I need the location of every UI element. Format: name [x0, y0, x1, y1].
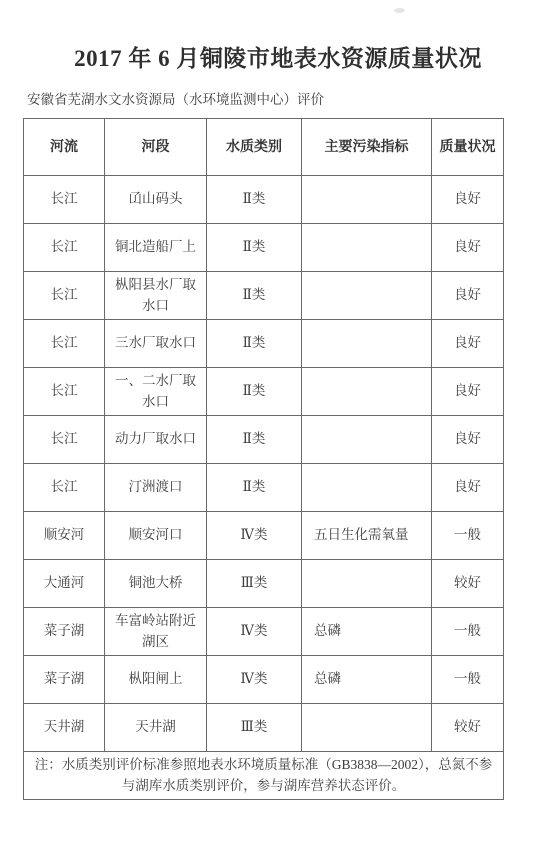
- cell-pollutant: 总磷: [302, 608, 432, 656]
- table-note-row: 注：水质类别评价标准参照地表水环境质量标准（GB3838—2002），总氮不参与…: [24, 752, 504, 800]
- table-row: 长江 铜北造船厂上 Ⅱ类 良好: [24, 224, 504, 272]
- cell-category: Ⅳ类: [207, 656, 302, 704]
- cell-pollutant: [302, 704, 432, 752]
- cell-section: 一、二水厂取水口: [105, 368, 207, 416]
- cell-category: Ⅱ类: [207, 320, 302, 368]
- cell-status: 较好: [432, 560, 504, 608]
- cell-category: Ⅱ类: [207, 464, 302, 512]
- cell-category: Ⅲ类: [207, 560, 302, 608]
- cell-category: Ⅲ类: [207, 704, 302, 752]
- table-row: 长江 三水厂取水口 Ⅱ类 良好: [24, 320, 504, 368]
- cell-section: 枞阳县水厂取水口: [105, 272, 207, 320]
- cell-status: 良好: [432, 176, 504, 224]
- cell-status: 良好: [432, 224, 504, 272]
- header-category: 水质类别: [207, 119, 302, 176]
- cell-status: 一般: [432, 512, 504, 560]
- cell-pollutant: [302, 320, 432, 368]
- table-row: 长江 𠙶山码头 Ⅱ类 良好: [24, 176, 504, 224]
- cell-river: 长江: [24, 320, 105, 368]
- cell-river: 菜子湖: [24, 608, 105, 656]
- cell-category: Ⅱ类: [207, 176, 302, 224]
- header-section: 河段: [105, 119, 207, 176]
- cell-status: 一般: [432, 608, 504, 656]
- scan-smudge: [394, 8, 405, 13]
- cell-section: 铜北造船厂上: [105, 224, 207, 272]
- cell-category: Ⅱ类: [207, 224, 302, 272]
- table-row: 菜子湖 枞阳闸上 Ⅳ类 总磷 一般: [24, 656, 504, 704]
- cell-pollutant: 总磷: [302, 656, 432, 704]
- cell-status: 良好: [432, 464, 504, 512]
- table-header-row: 河流 河段 水质类别 主要污染指标 质量状况: [24, 119, 504, 176]
- cell-category: Ⅳ类: [207, 512, 302, 560]
- cell-river: 天井湖: [24, 704, 105, 752]
- cell-category: Ⅱ类: [207, 272, 302, 320]
- cell-river: 长江: [24, 224, 105, 272]
- cell-status: 较好: [432, 704, 504, 752]
- cell-section: 枞阳闸上: [105, 656, 207, 704]
- header-river: 河流: [24, 119, 105, 176]
- cell-river: 长江: [24, 368, 105, 416]
- cell-section: 天井湖: [105, 704, 207, 752]
- cell-pollutant: [302, 416, 432, 464]
- cell-pollutant: [302, 464, 432, 512]
- table-row: 顺安河 顺安河口 Ⅳ类 五日生化需氧量 一般: [24, 512, 504, 560]
- cell-section: 𠙶山码头: [105, 176, 207, 224]
- cell-section: 汀洲渡口: [105, 464, 207, 512]
- cell-river: 菜子湖: [24, 656, 105, 704]
- cell-status: 良好: [432, 368, 504, 416]
- cell-river: 长江: [24, 464, 105, 512]
- cell-category: Ⅳ类: [207, 608, 302, 656]
- cell-status: 良好: [432, 272, 504, 320]
- table-row: 长江 枞阳县水厂取水口 Ⅱ类 良好: [24, 272, 504, 320]
- cell-river: 大通河: [24, 560, 105, 608]
- cell-river: 长江: [24, 272, 105, 320]
- cell-river: 顺安河: [24, 512, 105, 560]
- table-row: 菜子湖 车富岭站附近湖区 Ⅳ类 总磷 一般: [24, 608, 504, 656]
- table-row: 长江 动力厂取水口 Ⅱ类 良好: [24, 416, 504, 464]
- table-row: 长江 一、二水厂取水口 Ⅱ类 良好: [24, 368, 504, 416]
- cell-category: Ⅱ类: [207, 416, 302, 464]
- cell-pollutant: 五日生化需氧量: [302, 512, 432, 560]
- cell-section: 三水厂取水口: [105, 320, 207, 368]
- table-note: 注：水质类别评价标准参照地表水环境质量标准（GB3838—2002），总氮不参与…: [24, 752, 504, 800]
- table-row: 大通河 铜池大桥 Ⅲ类 较好: [24, 560, 504, 608]
- cell-section: 动力厂取水口: [105, 416, 207, 464]
- page-title: 2017 年 6 月铜陵市地表水资源质量状况: [0, 0, 534, 73]
- table-row: 长江 汀洲渡口 Ⅱ类 良好: [24, 464, 504, 512]
- cell-status: 良好: [432, 416, 504, 464]
- cell-status: 良好: [432, 320, 504, 368]
- cell-category: Ⅱ类: [207, 368, 302, 416]
- cell-section: 铜池大桥: [105, 560, 207, 608]
- cell-pollutant: [302, 272, 432, 320]
- cell-pollutant: [302, 224, 432, 272]
- cell-river: 长江: [24, 176, 105, 224]
- table-row: 天井湖 天井湖 Ⅲ类 较好: [24, 704, 504, 752]
- cell-section: 顺安河口: [105, 512, 207, 560]
- water-quality-table: 河流 河段 水质类别 主要污染指标 质量状况 长江 𠙶山码头 Ⅱ类 良好 长江 …: [23, 118, 504, 800]
- header-status: 质量状况: [432, 119, 504, 176]
- cell-river: 长江: [24, 416, 105, 464]
- cell-pollutant: [302, 368, 432, 416]
- page-subtitle: 安徽省芜湖水文水资源局（水环境监测中心）评价: [27, 88, 534, 108]
- cell-section: 车富岭站附近湖区: [105, 608, 207, 656]
- cell-pollutant: [302, 560, 432, 608]
- header-pollutant: 主要污染指标: [302, 119, 432, 176]
- cell-pollutant: [302, 176, 432, 224]
- cell-status: 一般: [432, 656, 504, 704]
